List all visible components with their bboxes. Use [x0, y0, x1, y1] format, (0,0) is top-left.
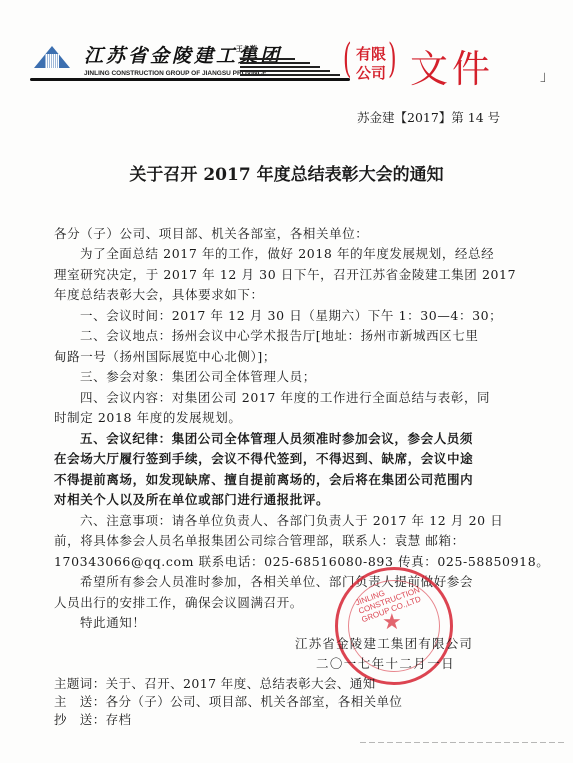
body-line: 甸路一号（扬州国际展览中心北侧）]； — [54, 347, 276, 365]
main-recipients-row: 主 送：各分（子）公司、项目部、机关各部室，各相关单位 — [54, 692, 402, 710]
signing-company: 江苏省金陵建工集团有限公司 — [295, 634, 473, 652]
cc-row: 抄 送：存档 — [54, 710, 131, 728]
keywords-label: 主题词： — [54, 676, 106, 691]
addressee: 各分（子）公司、项目部、机关各部室，各相关单位： — [54, 224, 368, 242]
body-line: 在会场大厅履行签到手续，会议不得代签到，不得迟到、缺席，会议中途 — [54, 449, 473, 467]
corner-mark: 」 — [540, 66, 554, 86]
calligrapher-signature: 王九英 — [236, 44, 257, 54]
company-logo-pattern — [45, 54, 59, 68]
red-paren-left: ( — [343, 36, 352, 82]
red-paren-right: ) — [388, 36, 397, 82]
item-location: 二、会议地点：扬州会议中心学术报告厅[地址：扬州市新城西区七里 — [80, 326, 478, 344]
red-label-top: 有限 — [356, 43, 386, 64]
closing-line: 特此通知！ — [80, 613, 146, 631]
cc-label: 抄 送： — [54, 712, 106, 727]
cc-value: 存档 — [106, 712, 132, 727]
item-attendees: 三、参会对象：集团公司全体管理人员； — [80, 367, 316, 385]
body-line: 前，将具体参会人员名单报集团公司综合管理部，联系人：袁慧 邮箱： — [54, 531, 465, 549]
body-line: 年度总结表彰大会，具体要求如下： — [54, 285, 264, 303]
body-line: 理室研究决定，于 2017 年 12 月 30 日下午，召开江苏省金陵建工集团 … — [54, 265, 516, 283]
body-line: 为了全面总结 2017 年的工作，做好 2018 年的年度发展规划，经总经 — [80, 244, 494, 262]
document-type-title: 文件 — [410, 38, 494, 93]
main-recipients-value: 各分（子）公司、项目部、机关各部室，各相关单位 — [106, 694, 403, 709]
body-line: 不得提前离场，如发现缺席、擅自提前离场的，会后将在集团公司范围内 — [54, 470, 473, 488]
header-rule — [30, 78, 350, 81]
signing-date: 二〇一七年十二月一日 — [316, 654, 455, 672]
document-number: 苏金建【2017】第 14 号 — [357, 108, 500, 126]
item-time: 一、会议时间：2017 年 12 月 30 日（星期六）下午 1：30—4：30… — [80, 306, 502, 324]
contact-line: 170343066@qq.com 联系电话：025-68516080-893 传… — [54, 552, 549, 570]
seal-star-icon: ★ — [382, 610, 402, 635]
body-line: 时制定 2018 年度的发展规划。 — [54, 408, 241, 426]
keywords-value: 关于、召开、2017 年度、总结表彰大会、通知 — [106, 676, 376, 691]
scan-artifact-line — [360, 742, 565, 743]
main-recipients-label: 主 送： — [54, 694, 106, 709]
body-line: 对相关个人以及所在单位或部门进行通报批评。 — [54, 490, 329, 508]
item-notes: 六、注意事项：请各单位负责人、各部门负责人于 2017 年 12 月 20 日 — [80, 511, 503, 529]
keywords-row: 主题词：关于、召开、2017 年度、总结表彰大会、通知 — [54, 674, 376, 692]
page-title: 关于召开 2017 年度总结表彰大会的通知 — [0, 160, 573, 185]
body-line: 人员出行的安排工作，确保会议圆满召开。 — [54, 593, 303, 611]
item-discipline: 五、会议纪律：集团公司全体管理人员须准时参加会议，参会人员须 — [80, 429, 473, 447]
red-label-bottom: 公司 — [356, 62, 386, 83]
item-content: 四、会议内容：对集团公司 2017 年度的工作进行全面总结与表彰，同 — [80, 388, 490, 406]
